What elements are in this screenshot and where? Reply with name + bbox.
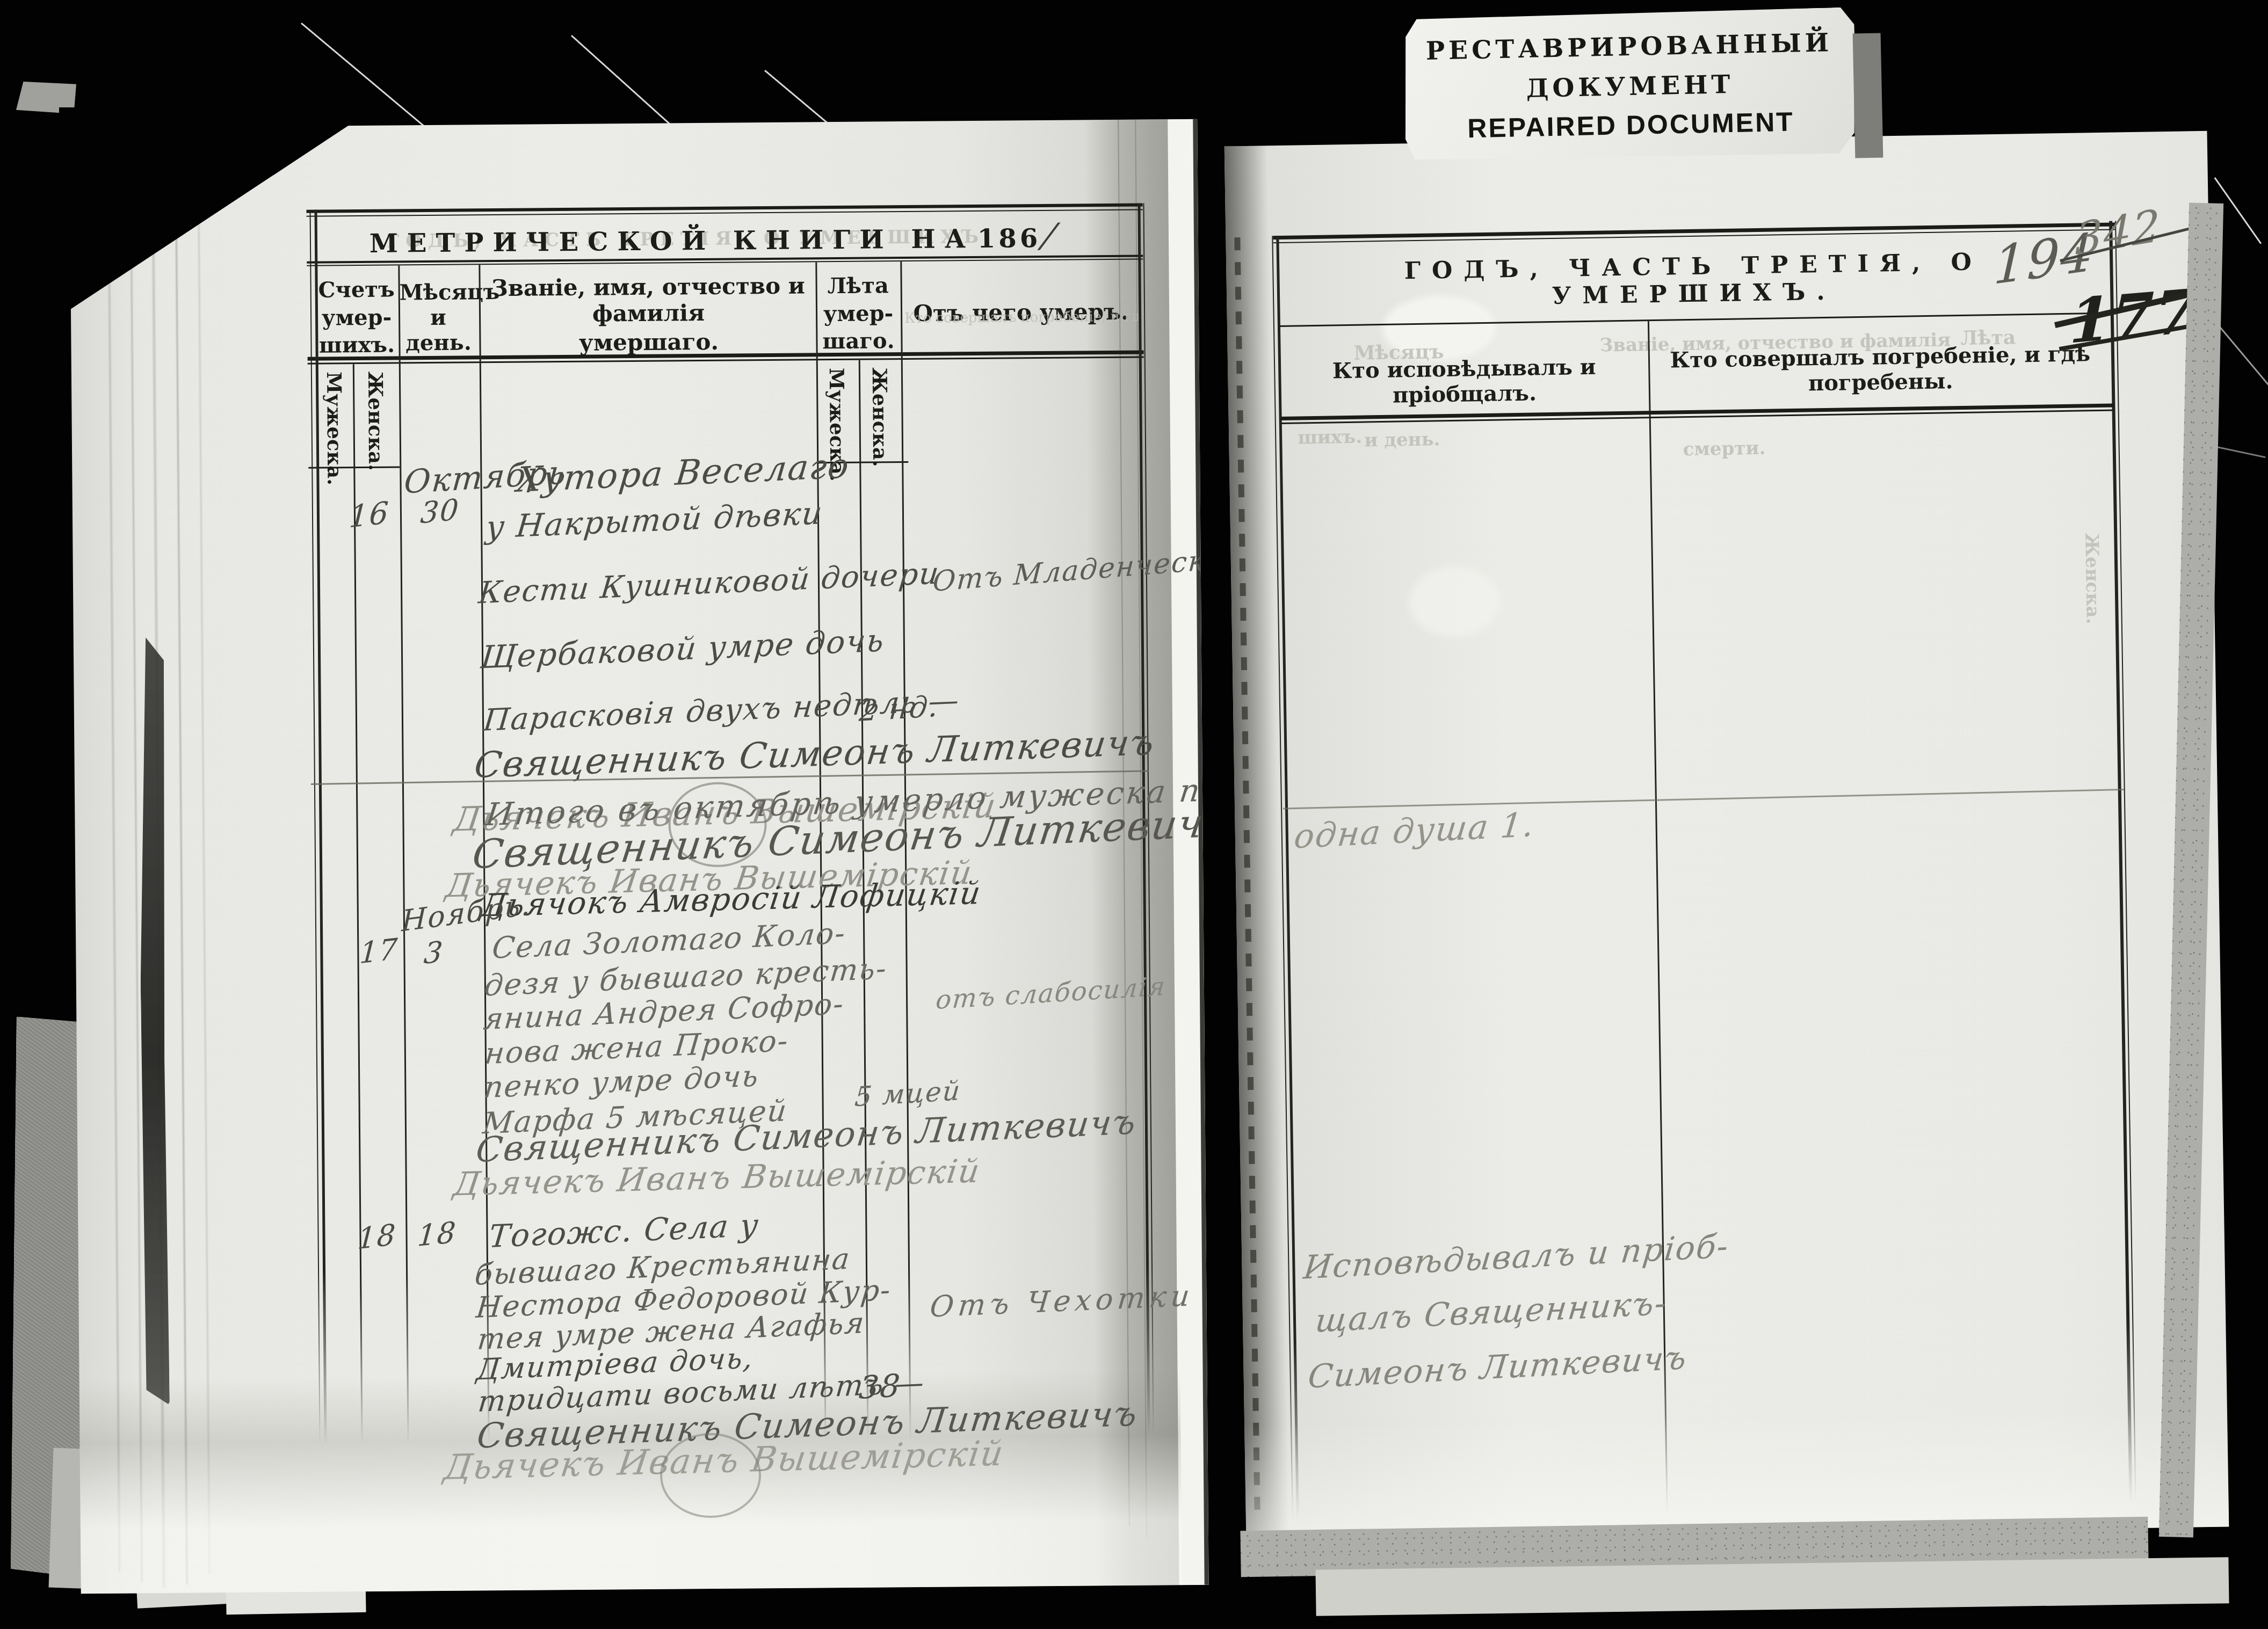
confession-note-line: Исповѣдывалъ и пріоб- bbox=[1302, 1227, 1731, 1287]
grid-line bbox=[2109, 221, 2133, 1504]
right-page: ГОДЪ, ЧАСТЬ ТРЕТІЯ, О УМЕРШИХЪ. Мѣсяцъ З… bbox=[1224, 131, 2229, 1542]
page-edge-line bbox=[107, 149, 121, 1572]
header-line: умершаго. bbox=[483, 328, 814, 357]
grid-line bbox=[2115, 221, 2136, 1504]
column-header-count: Счетъ умер- шихъ. bbox=[317, 277, 397, 358]
total-souls-note: одна душа 1. bbox=[1292, 805, 1537, 856]
repair-patch bbox=[1408, 566, 1501, 638]
record-text-line: у Накрытой дѣвки bbox=[484, 494, 825, 546]
stamp-text-english: REPAIRED DOCUMENT bbox=[1405, 105, 1857, 146]
crossed-number: 342 bbox=[2075, 200, 2161, 266]
stamp-text-russian-2: ДОКУМЕНТ bbox=[1404, 67, 1856, 106]
grid-line bbox=[1648, 321, 1668, 1513]
grid-line bbox=[398, 265, 409, 1444]
record-age: 2 нд. bbox=[858, 689, 940, 728]
record-text-line: Кести Кушниковой дочери bbox=[477, 556, 941, 610]
column-header-name: Званіе, имя, отчество и фамилія умершаго… bbox=[483, 272, 814, 357]
confession-note-line: щалъ Священникъ- bbox=[1314, 1284, 1669, 1340]
header-line: Счетъ bbox=[317, 277, 396, 303]
column-header-month: Мѣсяцъ и день. bbox=[400, 279, 477, 355]
scanned-book-spread: ГОДЪ, ЧАСТЬ ТРЕТІЯ, О УМЕРШИХЪ МЕТРИЧЕСК… bbox=[0, 0, 2268, 1629]
ghost-text: шихъ. bbox=[1298, 426, 1363, 449]
record-count: 17 bbox=[359, 932, 400, 970]
header-line: умер- bbox=[817, 301, 899, 326]
header-line: умер- bbox=[317, 304, 396, 330]
confession-note-line: Симеонъ Литкевичъ bbox=[1306, 1339, 1689, 1396]
grid-line bbox=[307, 203, 1143, 213]
ghost-text: Женска. bbox=[2081, 533, 2104, 624]
left-page: ГОДЪ, ЧАСТЬ ТРЕТІЯ, О УМЕРШИХЪ МЕТРИЧЕСК… bbox=[69, 119, 1208, 1594]
record-day: 18 bbox=[416, 1215, 458, 1253]
torn-repair-strip bbox=[138, 637, 170, 1405]
title-text: МЕТРИЧЕСКОЙ КНИГИ НА bbox=[369, 224, 975, 259]
page-edge-line bbox=[175, 141, 188, 1585]
flourish-loop bbox=[660, 1432, 761, 1518]
stamp-text-russian-1: РЕСТАВРИРОВАННЫЙ bbox=[1403, 27, 1855, 67]
ghost-text: и день. bbox=[1364, 428, 1440, 451]
pencil-rule bbox=[1283, 789, 2124, 810]
record-day: 30 bbox=[419, 492, 461, 530]
header-line: Лѣта bbox=[817, 273, 898, 299]
repaired-document-stamp: РЕСТАВРИРОВАННЫЙ ДОКУМЕНТ REPAIRED DOCUM… bbox=[1403, 7, 1857, 163]
column-header-age: Лѣта умер- шаго. bbox=[817, 273, 899, 354]
page-edge-line bbox=[198, 146, 211, 1574]
subcolumn-label-female: Женска. bbox=[868, 367, 892, 467]
stamp-shadow-sliver bbox=[1853, 33, 1883, 158]
record-age: 5 мцей bbox=[853, 1075, 962, 1112]
header-line: Званіе, имя, отчество и фамилія bbox=[483, 272, 814, 328]
subcolumn-label-female: Женска. bbox=[364, 372, 388, 471]
record-text-line: Щербаковой умре дочь bbox=[479, 622, 887, 676]
page-title: МЕТРИЧЕСКОЙ КНИГИ НА 186 / bbox=[315, 215, 1111, 261]
header-line: и день. bbox=[400, 304, 477, 355]
column-header-confessed: Кто исповѣдывалъ и пріобщалъ. bbox=[1287, 353, 1642, 409]
record-count: 18 bbox=[357, 1217, 397, 1256]
ghost-column-header: Кто совершалъ погребеніе, и гдѣ погребен… bbox=[904, 309, 1139, 326]
column-header-buried: Кто совершалъ погребеніе, и гдѣ погребен… bbox=[1657, 341, 2104, 398]
header-line: Мѣсяцъ bbox=[400, 279, 477, 305]
title-year: 186 bbox=[977, 223, 1041, 254]
page-title: ГОДЪ, ЧАСТЬ ТРЕТІЯ, О УМЕРШИХЪ. bbox=[1280, 246, 2107, 314]
ghost-text: смерти. bbox=[1683, 438, 1765, 460]
record-count: 16 bbox=[348, 495, 390, 535]
record-day: 3 bbox=[422, 935, 445, 970]
header-line: шихъ. bbox=[317, 332, 396, 358]
header-line: шаго. bbox=[817, 328, 899, 354]
record-age: 38 bbox=[858, 1367, 902, 1406]
title-year-mark: / bbox=[1039, 216, 1061, 255]
page-edge-line bbox=[130, 143, 143, 1582]
